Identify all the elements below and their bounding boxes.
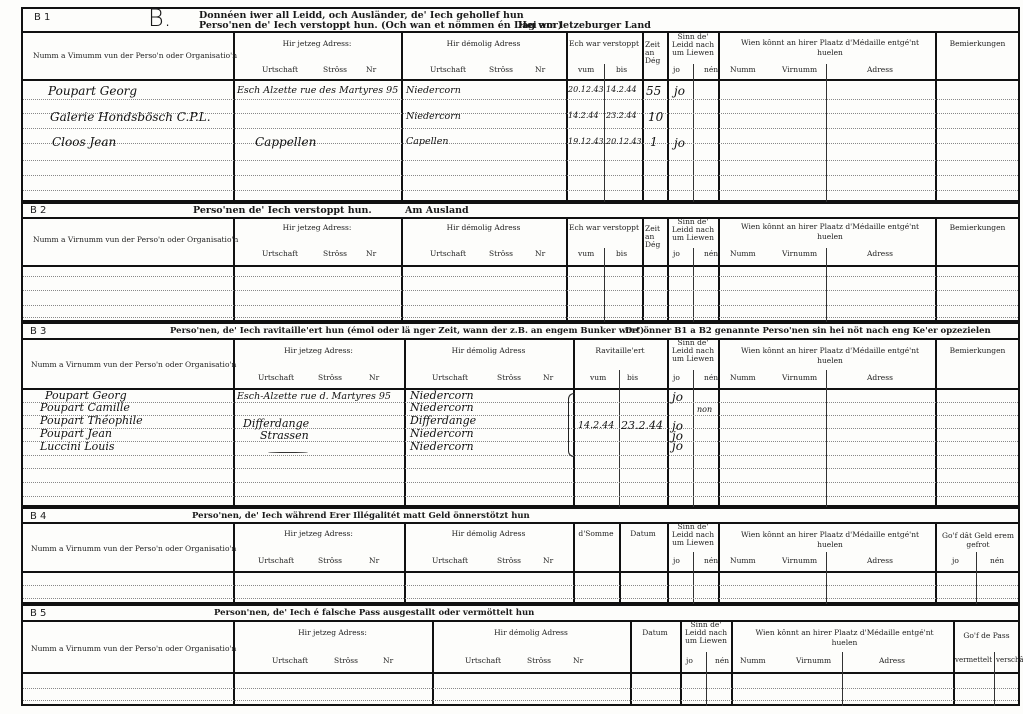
section-b2-id: B 2 [30,206,46,215]
b2-header-name: Numm a Virnumm vun der Perso'n oder Orga… [33,235,238,244]
section-b1-id: B 1 [34,13,50,22]
b2-header-yes: jo [673,249,680,258]
b1-row2-former: Niedercorn [406,111,461,122]
b3-header-former-street: Strôss [497,373,521,382]
b1-header-yes: jo [673,65,680,74]
b1-header-medal-address: Adress [867,65,893,74]
b1-row3-days: 1 [650,135,658,149]
b2-header-medal: Wien kônnt an hirer Plaatz d'Médaille en… [740,222,920,242]
b3-row5-name: Luccini Louis [40,440,115,453]
b1-row3-name: Cloos Jean [52,135,116,149]
b4-header-former-address: Hir démolig Adress [404,529,573,538]
b1-row1-days: 55 [646,84,661,98]
b3-row2-former: Niedercorn [410,401,474,414]
section-b2 [21,202,1020,322]
b3-row3-former: Differdange [410,414,476,427]
b3-row2-dead: non [697,405,712,414]
b2-header-former-nr: Nr [535,249,545,258]
b3-header-current-address: Hir jetzeg Adress: [233,346,404,355]
b3-header-yes: jo [673,373,680,382]
b3-header-medal-name: Numm [730,373,756,382]
b4-header-no: nén [704,556,718,565]
b3-header-no: nén [704,373,718,382]
section-b1-title-extra: Hei am letzeburger Land [518,20,651,31]
b3-row2-name: Poupart Camille [40,401,130,414]
b4-header-yes: jo [673,556,680,565]
b5-header-pass: Go'f de Pass [953,631,1020,640]
section-b5-id: B 5 [30,609,46,618]
b2-header-medal-first: Virnumm [782,249,817,258]
b1-row1-to: 14.2.44 [606,85,637,94]
b4-header-yes2: jo [952,556,959,565]
b1-row1-from: 20.12.43 [568,85,604,94]
b4-header-medal: Wien kônnt an hirer Plaatz d'Médaille en… [740,530,920,550]
b4-header-sum: d'Somme [573,529,619,538]
section-b5-title: Person'nen, de' Iech é falsche Pass ausg… [214,608,534,619]
b1-header-remarks: Bemierkungen [935,39,1020,48]
b2-header-place: Urtschaft [262,249,298,258]
b1-row1-former: Niedercorn [406,85,461,96]
section-b2-title: Perso'nen de' Iech verstoppt hun. [193,205,372,216]
b1-header-no: nén [704,65,718,74]
b1-row1-alive: jo [674,84,685,98]
b2-header-current-address: Hir jetzeg Adress: [233,223,401,232]
b5-header-street: Strôss [334,656,358,665]
b1-header-time: Zeit an Dég [645,41,665,65]
b3-row4-former: Niedercorn [410,427,474,440]
b1-header-medal-name: Numm [730,65,756,74]
b3-header-medal-address: Adress [867,373,893,382]
b5-header-current-address: Hir jetzeg Adress: [233,628,432,637]
b1-header-medal: Wien kônnt an hirer Plaatz d'Médaille en… [740,38,920,58]
b3-header-former-nr: Nr [543,373,553,382]
b3-row5-former: Niedercorn [410,440,474,453]
b5-header-former-place: Urtschaft [465,656,501,665]
b1-row3-alive: jo [674,136,685,150]
b2-header-to: bis [616,249,627,258]
form-letter: B. [148,4,171,32]
b3-row1-alive: jo [672,390,683,404]
b3-header-alive: Sinn de' Leidd nach um Liewen [669,339,717,363]
b5-header-yes: jo [686,656,693,665]
b4-header-medal-first: Virnumm [782,556,817,565]
b3-header-remarks: Bemierkungen [935,346,1020,355]
b3-row4-current: Strassen [260,429,309,442]
b4-header-nr: Nr [369,556,379,565]
b2-header-time: Zeit an Dég [645,225,665,249]
b1-row2-days: 10 [648,110,663,124]
b1-row2-from: 14.2.44 [568,111,599,120]
b3-header-name: Numm a Virnumm vun der Perso'n oder Orga… [31,360,236,369]
b3-header-former-place: Urtschaft [432,373,468,382]
form-page: B 1 B. Donnéen iwer all Leidd, och Auslä… [0,0,1023,714]
b2-header-hidden: Ech war verstoppt [566,223,642,232]
b1-header-former-street: Strôss [489,65,513,74]
b2-header-former-place: Urtschaft [430,249,466,258]
b3-underline [268,452,308,453]
b4-header-medal-address: Adress [867,556,893,565]
b4-header-no2: nén [990,556,1004,565]
b3-header-supplied: Ravitaille'ert [573,346,667,355]
b5-header-medal-first: Virnumm [796,656,831,665]
b3-row4-name: Poupart Jean [40,427,112,440]
b5-header-no: nén [715,656,729,665]
b5-header-issued: vermettelt [955,656,992,665]
b3-header-nr: Nr [369,373,379,382]
b4-header-money-returned: Go'f dât Geld erem gefrot [940,531,1016,549]
b1-row2-to: 23.2.44 [606,111,637,120]
b3-header-former-address: Hir démolig Adress [404,346,573,355]
b1-header-medal-first: Virnumm [782,65,817,74]
b1-header-nr: Nr [366,65,376,74]
b4-header-alive: Sinn de' Leidd nach um Liewen [669,523,717,547]
b1-header-former-nr: Nr [535,65,545,74]
section-b3-title-extra: De' önner B1 a B2 genannte Perso'nen sin… [625,326,991,337]
section-b2-title-extra: Am Ausland [405,205,469,216]
b5-header-date: Datum [630,628,680,637]
b4-header-current-address: Hir jetzeg Adress: [233,529,404,538]
b2-header-former-street: Strôss [489,249,513,258]
b2-header-from: vum [578,249,594,258]
b5-header-medal-address: Adress [879,656,905,665]
b1-row3-former: Capellen [406,136,448,147]
b1-header-name: Numm a Vimumm vun der Perso'n oder Organ… [33,51,237,60]
b3-header-from: vum [590,373,606,382]
b2-header-former-address: Hir démolig Adress [401,223,566,232]
b1-header-former-place: Urtschaft [430,65,466,74]
b4-header-former-street: Strôss [497,556,521,565]
b3-row5-alive: jo [672,439,683,453]
b1-row1-name: Poupart Georg [48,84,137,98]
b1-header-place: Urtschaft [262,65,298,74]
b1-header-current-address: Hir jetzeg Adress: [233,39,401,48]
b2-header-no: nén [704,249,718,258]
b5-header-former-address: Hir démolig Adress [432,628,630,637]
b1-header-former-address: Hir démolig Adress [401,39,566,48]
b5-header-former-nr: Nr [573,656,583,665]
b1-row3-to: 20.12.43 [606,137,642,146]
b1-row1-current: Esch Alzette rue des Martyres 95 [237,85,398,96]
b5-header-place: Urtschaft [272,656,308,665]
b1-header-street: Strôss [323,65,347,74]
section-b3-title: Perso'nen, de' Iech ravitaille'ert hun (… [170,326,644,337]
b2-header-street: Strôss [323,249,347,258]
b5-header-procured: verschâft [996,656,1023,665]
b4-header-former-nr: Nr [543,556,553,565]
b1-header-hidden: Ech war verstoppt [566,39,642,48]
b4-header-street: Strôss [318,556,342,565]
b3-header-medal-first: Virnumm [782,373,817,382]
b3-row1-current: Esch-Alzette rue d. Martyres 95 [237,391,391,402]
b1-header-from: vum [578,65,594,74]
b5-header-medal: Wien kônnt an hirer Plaatz d'Médaille en… [752,628,937,648]
b5-header-medal-name: Numm [740,656,766,665]
section-b1 [21,7,1020,202]
b1-header-alive: Sinn de' Leidd nach um Liewen [669,33,717,57]
b2-header-medal-name: Numm [730,249,756,258]
b3-bracket [568,393,575,457]
b3-header-to: bis [627,373,638,382]
b4-header-former-place: Urtschaft [432,556,468,565]
b3-row3-name: Poupart Théophile [40,414,143,427]
b1-row3-current: Cappellen [255,135,316,149]
section-b4-id: B 4 [30,512,46,521]
b3-period-from: 14.2.44 [578,420,614,431]
b5-header-former-street: Strôss [527,656,551,665]
section-b4-title: Perso'nen, de' Iech während Erer Illégal… [192,511,530,522]
b1-row3-from: 19.12.43 [568,137,604,146]
b5-header-alive: Sinn de' Leidd nach um Liewen [682,621,730,645]
b2-header-medal-address: Adress [867,249,893,258]
b2-header-remarks: Bemierkungen [935,223,1020,232]
b4-header-name: Numm a Virnumm vun der Perso'n oder Orga… [31,544,236,553]
b3-period-to: 23.2.44 [621,419,663,432]
section-b1-title-line2: Perso'nen de' Iech verstoppt hun. (Och w… [199,20,562,31]
b2-header-nr: Nr [366,249,376,258]
b3-header-place: Urtschaft [258,373,294,382]
b1-row2-name: Galerie Hondsbösch C.P.L. [50,110,211,124]
b5-header-nr: Nr [383,656,393,665]
b2-header-alive: Sinn de' Leidd nach um Liewen [669,218,717,242]
b4-header-date: Datum [619,529,667,538]
b4-header-place: Urtschaft [258,556,294,565]
b1-header-to: bis [616,65,627,74]
b3-header-medal: Wien kônnt an hirer Plaatz d'Médaille en… [740,346,920,366]
b4-header-medal-name: Numm [730,556,756,565]
b3-header-street: Strôss [318,373,342,382]
section-b3-id: B 3 [30,327,46,336]
b5-header-name: Numm a Virnumm vun der Perso'n oder Orga… [31,644,236,653]
